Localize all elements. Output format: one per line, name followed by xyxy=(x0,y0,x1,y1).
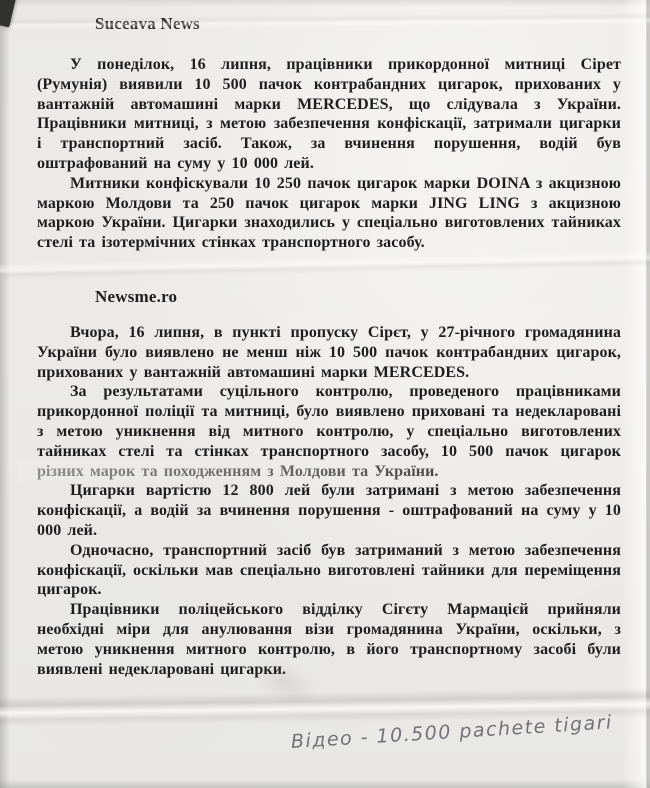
scanner-corner-artifact xyxy=(0,0,16,28)
news-paragraph: Митники конфіскували 10 250 пачок цигаро… xyxy=(37,174,621,253)
section-suceava-news: Suceava News У понеділок, 16 липня, прац… xyxy=(37,14,621,253)
news-paragraph: Цигарки вартістю 12 800 лей були затрима… xyxy=(37,481,621,540)
section-heading-suceava-news: Suceava News xyxy=(95,14,621,33)
news-paragraph: У понеділок, 16 липня, працівники прикор… xyxy=(37,55,621,174)
section-heading-newsme-ro: Newsme.ro xyxy=(95,287,621,306)
paper-edge-shadow-top xyxy=(0,0,650,7)
paper-edge-highlight-right xyxy=(622,0,647,788)
news-paragraph: За результатами суцільного контролю, про… xyxy=(37,382,621,481)
paper-edge-shadow-left xyxy=(0,0,10,788)
section-newsme-ro: Newsme.ro Вчора, 16 липня, в пункті проп… xyxy=(37,287,621,679)
scanned-news-document: Suceava News У понеділок, 16 липня, прац… xyxy=(0,0,650,788)
handwritten-note: Відео - 10.500 pachete tigari xyxy=(290,711,613,753)
paper-edge-line-right xyxy=(646,0,650,788)
news-paragraph: Вчора, 16 липня, в пункті пропуску Сірєт… xyxy=(37,323,621,382)
document-body: Suceava News У понеділок, 16 липня, прац… xyxy=(37,14,621,679)
news-paragraph: Працівники поліцейського відділку Сігєту… xyxy=(37,600,621,679)
paper-edge-shadow-bottom xyxy=(0,779,650,788)
news-paragraph: Одночасно, транспортний засіб був затрим… xyxy=(37,541,621,600)
